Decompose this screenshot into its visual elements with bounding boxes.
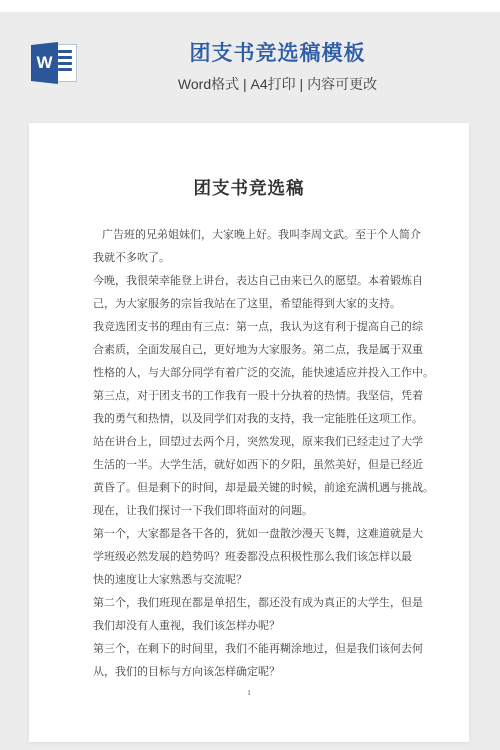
word-icon-cover: W <box>31 42 58 84</box>
document-line: 站在讲台上，回望过去两个月，突然发现，原来我们已经走过了大学 <box>93 431 427 454</box>
document-line: 从，我们的目标与方向该怎样确定呢？ <box>93 661 427 684</box>
document-line: 性格的人，与大部分同学有着广泛的交流，能快速适应并投入工作中。 <box>93 362 427 385</box>
page-number: 1 <box>29 687 469 699</box>
document-line: 我就不多吹了。 <box>93 247 427 270</box>
document-line: 第一个，大家都是各干各的，犹如一盘散沙漫天飞舞，这难道就是大 <box>93 523 427 546</box>
document-line: 己，为大家服务的宗旨我站在了这里，希望能得到大家的支持。 <box>93 293 427 316</box>
document-line: 黄昏了。但是剩下的时间，却是最关键的时候，前途充满机遇与挑战。 <box>93 477 427 500</box>
header: 团支书竞选稿模板 Word格式 | A4打印 | 内容可更改 <box>55 42 500 93</box>
document-line: 第二个，我们班现在都是单招生，都还没有成为真正的大学生，但是 <box>93 592 427 615</box>
document-preview-page: 团支书竞选稿 广告班的兄弟姐妹们，大家晚上好。我叫李周文武。至于个人简介 我就不… <box>29 123 469 742</box>
top-strip <box>0 0 500 12</box>
template-title[interactable]: 团支书竞选稿模板 <box>55 42 500 66</box>
document-line: 我们却没有人重视，我们该怎样办呢？ <box>93 615 427 638</box>
document-line: 快的速度让大家熟悉与交流呢？ <box>93 569 427 592</box>
word-icon-letter: W <box>36 53 52 73</box>
document-line: 我的勇气和热情，以及同学们对我的支持，我一定能胜任这项工作。 <box>93 408 427 431</box>
document-line: 第三个，在剩下的时间里，我们不能再糊涂地过，但是我们该何去何 <box>93 638 427 661</box>
document-line: 广告班的兄弟姐妹们，大家晚上好。我叫李周文武。至于个人简介 <box>93 224 427 247</box>
document-body: 广告班的兄弟姐妹们，大家晚上好。我叫李周文武。至于个人简介 我就不多吹了。 今晚… <box>93 224 427 684</box>
document-line: 合素质，全面发展自己，更好地为大家服务。第二点，我是属于双重 <box>93 339 427 362</box>
document-line: 第三点，对于团支书的工作我有一股十分执着的热情。我坚信，凭着 <box>93 385 427 408</box>
document-line: 今晚，我很荣幸能登上讲台，表达自己由来已久的愿望。本着锻炼自 <box>93 270 427 293</box>
template-subtitle: Word格式 | A4打印 | 内容可更改 <box>55 75 500 93</box>
document-line: 学班级必然发展的趋势吗？班委都没点积极性那么我们该怎样以最 <box>93 546 427 569</box>
document-title: 团支书竞选稿 <box>29 175 469 201</box>
document-line: 生活的一半。大学生活，就好如西下的夕阳，虽然美好，但是已经近 <box>93 454 427 477</box>
document-line: 我竞选团支书的理由有三点：第一点，我认为这有利于提高自己的综 <box>93 316 427 339</box>
document-line: 现在，让我们探讨一下我们即将面对的问题。 <box>93 500 427 523</box>
